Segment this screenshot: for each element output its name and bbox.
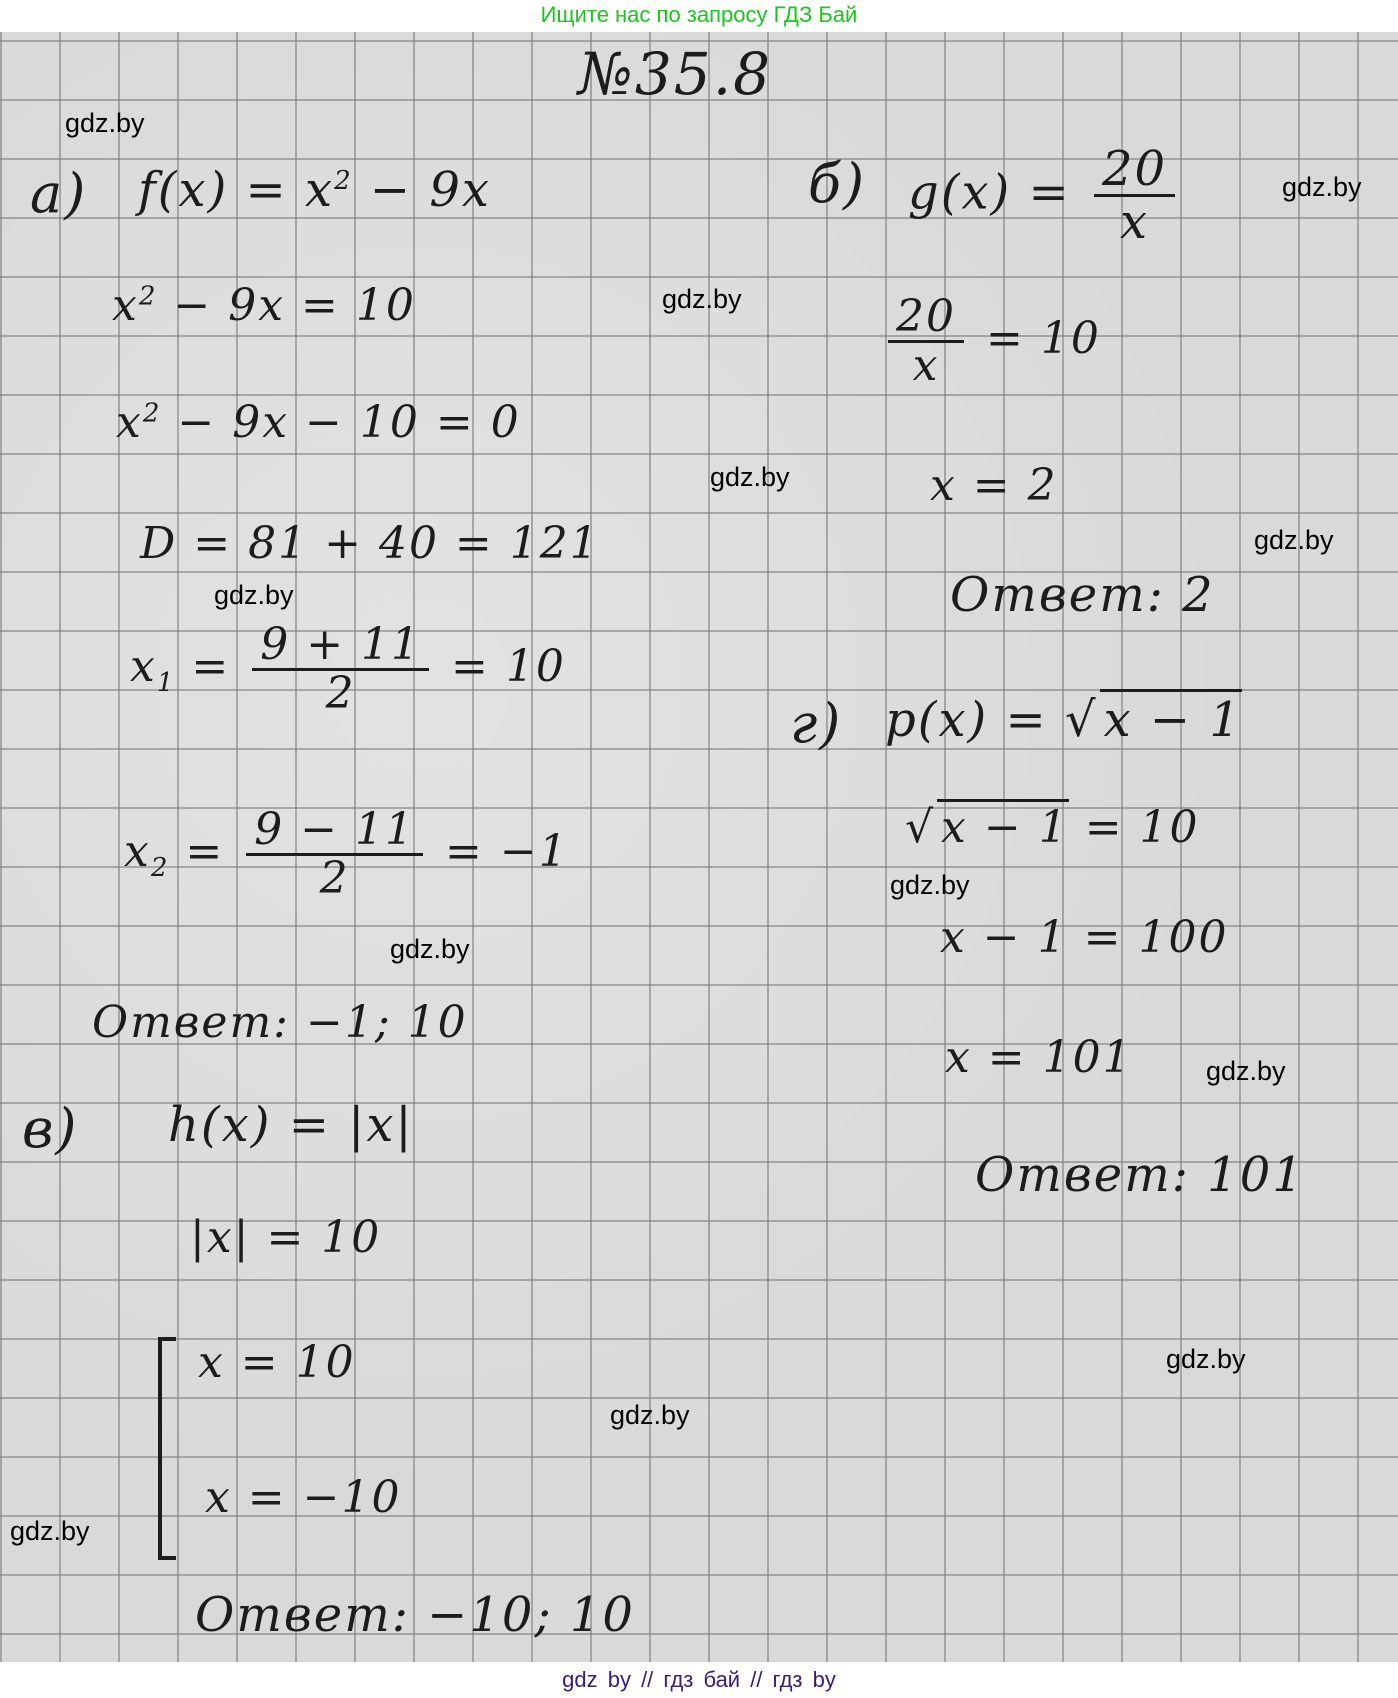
search-banner: Ищите нас по запросу ГДЗ Бай <box>0 0 1398 32</box>
watermark: gdz.by <box>1166 1344 1246 1375</box>
part-b-solution: x = 2 <box>930 460 1058 511</box>
watermark: gdz.by <box>65 108 145 139</box>
part-b-function: g(x) = 20x <box>908 144 1181 248</box>
set-bracket <box>158 1337 176 1560</box>
part-g-answer: Ответ: 101 <box>975 1147 1305 1203</box>
part-a-function: f(x) = x2 − 9x <box>138 162 491 218</box>
watermark: gdz.by <box>662 284 742 315</box>
watermark: gdz.by <box>390 934 470 965</box>
part-a-root-1: x1 = 9 + 112 = 10 <box>130 622 566 717</box>
part-v-case-2: x = −10 <box>205 1472 402 1523</box>
part-a-label: а) <box>30 162 87 225</box>
part-g-solution: x = 101 <box>945 1032 1133 1083</box>
watermark: gdz.by <box>710 462 790 493</box>
footer-links: gdz by // гдз бай // гдз by <box>0 1662 1398 1698</box>
part-a-discriminant: D = 81 + 40 = 121 <box>140 518 600 569</box>
part-b-equation: 20x = 10 <box>882 294 1101 389</box>
problem-number: №35.8 <box>578 40 772 108</box>
part-g-label: г) <box>790 692 842 755</box>
watermark: gdz.by <box>10 1516 90 1547</box>
notebook-page: №35.8 а) f(x) = x2 − 9x x2 − 9x = 10 x2 … <box>0 32 1398 1662</box>
watermark: gdz.by <box>1206 1056 1286 1087</box>
watermark: gdz.by <box>214 580 294 611</box>
part-a-equation: x2 − 9x = 10 <box>112 280 416 331</box>
part-v-answer: Ответ: −10; 10 <box>195 1587 635 1643</box>
watermark: gdz.by <box>1254 525 1334 556</box>
part-v-case-1: x = 10 <box>198 1337 356 1388</box>
part-a-answer: Ответ: −1; 10 <box>92 997 468 1048</box>
part-v-equation: |x| = 10 <box>190 1212 381 1263</box>
part-g-equation: √x − 1 = 10 <box>905 802 1200 853</box>
watermark: gdz.by <box>610 1400 690 1431</box>
part-g-squared: x − 1 = 100 <box>940 912 1228 963</box>
part-b-answer: Ответ: 2 <box>950 567 1215 623</box>
watermark: gdz.by <box>890 870 970 901</box>
part-v-label: в) <box>22 1097 79 1160</box>
part-g-function: p(x) = √x − 1 <box>885 692 1242 748</box>
part-a-root-2: x2 = 9 − 112 = −1 <box>124 807 569 902</box>
part-b-label: б) <box>808 152 866 215</box>
part-v-function: h(x) = |x| <box>168 1097 414 1153</box>
part-a-quadratic: x2 − 9x − 10 = 0 <box>116 397 521 448</box>
watermark: gdz.by <box>1282 172 1362 203</box>
